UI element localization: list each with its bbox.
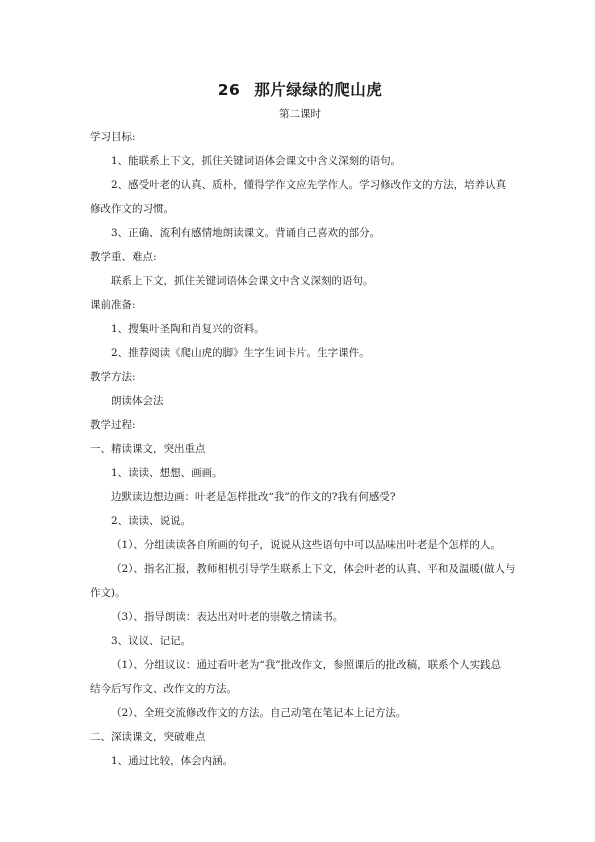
section-heading-method: 教学方法: xyxy=(90,370,510,384)
objective-2: 2、感受叶老的认真、质朴，懂得学作文应先学作人。学习修改作文的方法，培养认真 xyxy=(90,178,531,192)
key-points-text: 联系上下文，抓住关键词语体会课文中含义深刻的语句。 xyxy=(90,274,531,288)
process-part-2-step-1: 1、通过比较，体会内涵。 xyxy=(90,754,531,768)
lesson-number: 26 xyxy=(218,81,241,99)
process-step-2-sub-2-cont: 作文)。 xyxy=(90,586,510,600)
process-step-3-sub-1: （1）、分组议议：通过看叶老为“我”批改作文，参照课后的批改稿，联系个人实践总 xyxy=(90,658,531,672)
process-part-2-heading: 二、深读课文，突破难点 xyxy=(90,730,510,744)
process-step-1-detail: 边默读边想边画：叶老是怎样批改“我”的作文的?我有何感受? xyxy=(90,490,531,504)
document-title: 26那片绿绿的爬山虎 xyxy=(90,78,510,100)
process-step-3-sub-2: （2）、全班交流修改作文的方法。自己动笔在笔记本上记方法。 xyxy=(90,706,531,720)
process-step-2-sub-2: （2）、指名汇报，教师相机引导学生联系上下文，体会叶老的认真、平和及温暖(做人与 xyxy=(90,562,531,576)
preparation-2: 2、推荐阅读《爬山虎的脚》生字生词卡片。生字课件。 xyxy=(90,346,531,360)
lesson-title: 那片绿绿的爬山虎 xyxy=(254,81,382,99)
lesson-subtitle: 第二课时 xyxy=(90,106,510,121)
method-text: 朗读体会法 xyxy=(90,394,531,408)
section-heading-objectives: 学习目标: xyxy=(90,130,510,144)
process-step-2-sub-1: （1）、分组读读各自所画的句子，说说从这些语句中可以品味出叶老是个怎样的人。 xyxy=(90,538,531,552)
process-step-1: 1、读读、想想、画画。 xyxy=(90,466,531,480)
objective-1: 1、能联系上下文，抓住关键词语体会课文中含义深刻的语句。 xyxy=(90,154,531,168)
section-heading-preparation: 课前准备: xyxy=(90,298,510,312)
section-heading-process: 教学过程: xyxy=(90,418,510,432)
process-step-3-sub-1-cont: 结今后写作文、改作文的方法。 xyxy=(90,682,510,696)
process-step-3: 3、议议、记记。 xyxy=(90,634,531,648)
process-part-1-heading: 一、精读课文，突出重点 xyxy=(90,442,510,456)
objective-3: 3、正确、流利有感情地朗读课文。背诵自己喜欢的部分。 xyxy=(90,226,531,240)
process-step-2: 2、读读、说说。 xyxy=(90,514,531,528)
preparation-1: 1、搜集叶圣陶和肖复兴的资料。 xyxy=(90,322,531,336)
objective-2-cont: 修改作文的习惯。 xyxy=(90,202,510,216)
process-step-2-sub-3: （3）、指导朗读：表达出对叶老的崇敬之情读书。 xyxy=(90,610,531,624)
section-heading-key-points: 教学重、难点: xyxy=(90,250,510,264)
